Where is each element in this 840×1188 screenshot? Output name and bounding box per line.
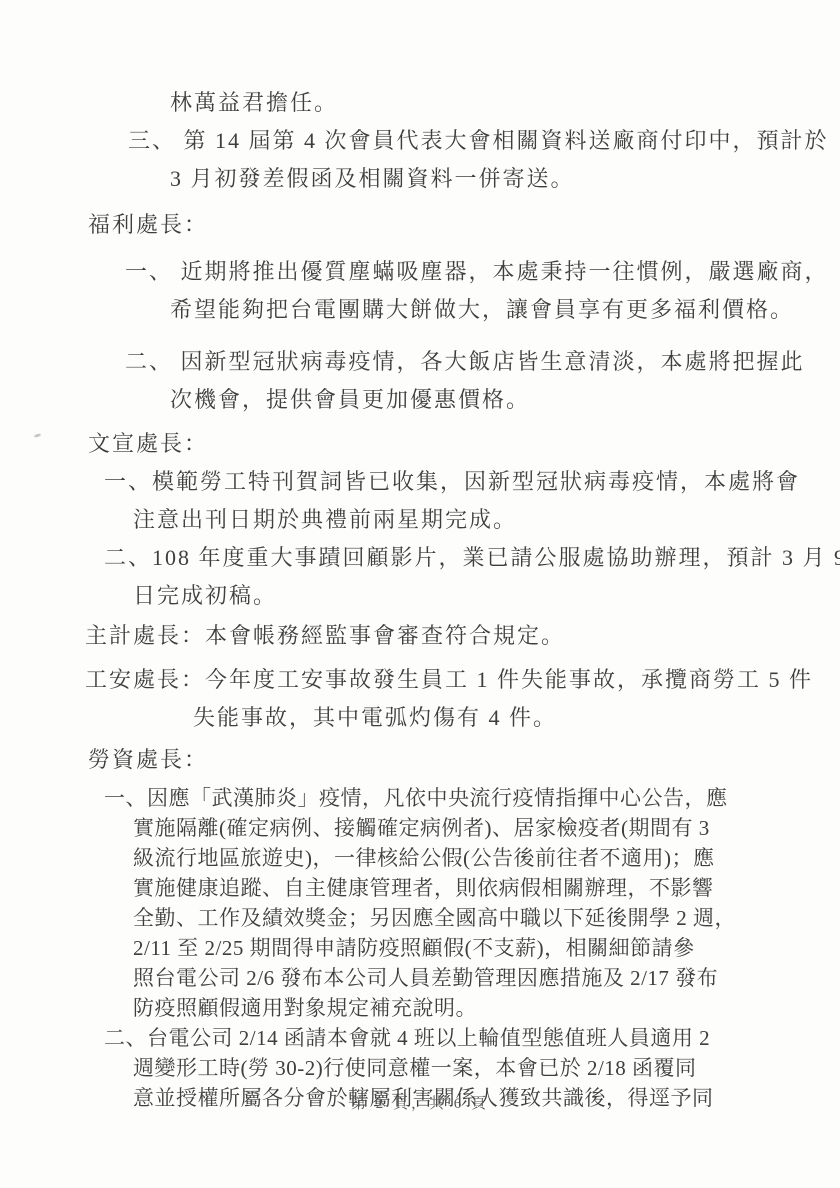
list-item-line: 實施健康追蹤、自主健康管理者，則依病假相關辦理，不影響 bbox=[0, 873, 840, 903]
section-header-publicity: 文宣處長： bbox=[0, 425, 840, 463]
list-item-line: 一、 近期將推出優質塵蟎吸塵器，本處秉持一往慣例，嚴選廠商， bbox=[0, 253, 840, 291]
list-item-line: 日完成初稿。 bbox=[0, 577, 840, 615]
section-line-safety-cont: 失能事故，其中電弧灼傷有 4 件。 bbox=[0, 699, 840, 737]
list-item-line: 三、 第 14 屆第 4 次會員代表大會相關資料送廠商付印中，預計於 bbox=[0, 122, 840, 160]
section-header-welfare: 福利處長： bbox=[0, 206, 840, 244]
list-item-line: 二、台電公司 2/14 函請本會就 4 班以上輪值型態值班人員適用 2 bbox=[0, 1023, 840, 1053]
list-item-line: 一、模範勞工特刊賀詞皆已收集，因新型冠狀病毒疫情，本處將會 bbox=[0, 463, 840, 501]
list-item-line: 防疫照顧假適用對象規定補充說明。 bbox=[0, 993, 840, 1023]
list-item-line: 實施隔離(確定病例、接觸確定病例者)、居家檢疫者(期間有 3 bbox=[0, 813, 840, 843]
section-header-labor: 勞資處長： bbox=[0, 741, 840, 779]
list-item-line: 二、108 年度重大事蹟回顧影片，業已請公服處協助辦理，預計 3 月 9 bbox=[0, 539, 840, 577]
list-item-line: 一、因應「武漢肺炎」疫情，凡依中央流行疫情指揮中心公告，應 bbox=[0, 783, 840, 813]
list-item-line: 2/11 至 2/25 期間得申請防疫照顧假(不支薪)，相關細節請參 bbox=[0, 933, 840, 963]
list-item-line: 3 月初發差假函及相關資料一併寄送。 bbox=[0, 160, 840, 198]
page-number-footer: 第 2 頁，共 6 頁 bbox=[0, 1092, 840, 1113]
list-item-line: 注意出刊日期於典禮前兩星期完成。 bbox=[0, 501, 840, 539]
list-item-line: 次機會，提供會員更加優惠價格。 bbox=[0, 381, 840, 419]
list-item-line: 照台電公司 2/6 發布本公司人員差勤管理因應措施及 2/17 發布 bbox=[0, 963, 840, 993]
list-item-line: 週變形工時(勞 30-2)行使同意權一案，本會已於 2/18 函覆同 bbox=[0, 1053, 840, 1083]
document-body: 林萬益君擔任。 三、 第 14 屆第 4 次會員代表大會相關資料送廠商付印中，預… bbox=[0, 84, 840, 1113]
section-line-safety: 工安處長：今年度工安事故發生員工 1 件失能事故，承攬商勞工 5 件 bbox=[0, 661, 840, 699]
list-item-line: 級流行地區旅遊史)，一律核給公假(公告後前往者不適用)；應 bbox=[0, 843, 840, 873]
list-item-line: 希望能夠把台電團購大餅做大，讓會員享有更多福利價格。 bbox=[0, 291, 840, 329]
carryover-line: 林萬益君擔任。 bbox=[0, 84, 840, 122]
list-item-line: 二、 因新型冠狀病毒疫情，各大飯店皆生意清淡，本處將把握此 bbox=[0, 343, 840, 381]
list-item-line: 全勤、工作及績效獎金；另因應全國高中職以下延後開學 2 週， bbox=[0, 903, 840, 933]
section-line-accounting: 主計處長：本會帳務經監事會審查符合規定。 bbox=[0, 617, 840, 655]
scanned-document-page: 林萬益君擔任。 三、 第 14 屆第 4 次會員代表大會相關資料送廠商付印中，預… bbox=[0, 0, 840, 1188]
